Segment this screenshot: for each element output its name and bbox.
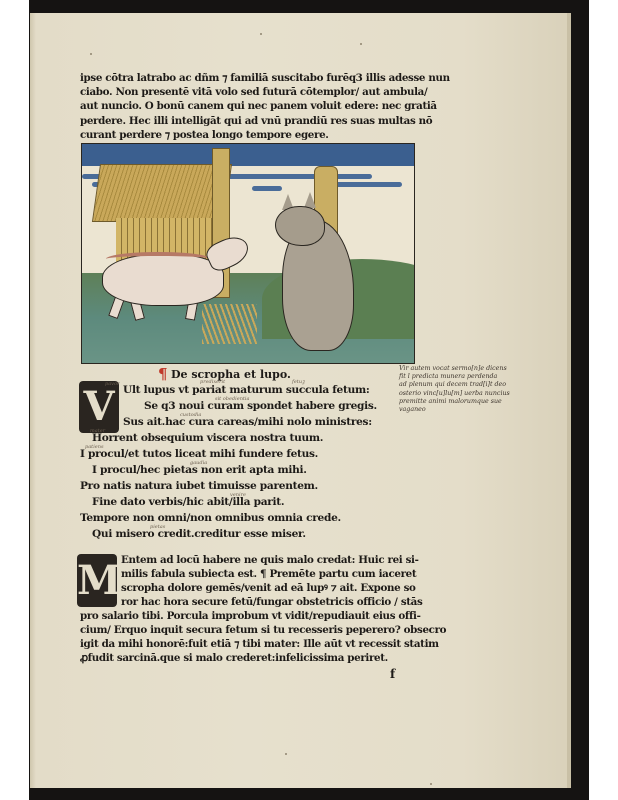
prose-line: pro salario tibi. Porcula improbum vt vi… — [80, 609, 421, 623]
prose-line: ror hac hora secure fetū/fungar obstetri… — [121, 595, 422, 609]
margin-note-line: vaganeo — [399, 406, 571, 414]
sow-bristles — [106, 252, 211, 266]
prose-line: ciabo. Non presentē vitā volo sed futurā… — [80, 85, 450, 99]
rubric-paragraph-mark: ¶ — [158, 365, 168, 383]
interlinear-gloss: sit obedientia — [215, 396, 250, 402]
interlinear-gloss: venire — [230, 492, 246, 498]
decorated-initial-m: M — [77, 554, 117, 607]
interlinear-gloss: predixerit — [200, 379, 225, 385]
prose-line: curant perdere ⁊ postea longo tempore eg… — [80, 128, 450, 142]
book-page: ipse cōtra latrabo ac dñm ⁊ familiā susc… — [30, 13, 571, 788]
interlinear-gloss: pietas — [150, 524, 165, 530]
signature-mark: f — [390, 667, 395, 681]
verse-line: Fine dato verbis/hic abit/illa parit. — [92, 495, 284, 510]
margin-note-line: ad plenum qui decem trad[i]t deo — [399, 381, 571, 389]
wolf-head — [275, 206, 325, 246]
top-prose-block: ipse cōtra latrabo ac dñm ⁊ familiā susc… — [80, 71, 450, 142]
cloud-streak — [332, 182, 402, 187]
paper-speck — [285, 753, 287, 755]
margin-note-line: osterio vinc[u]lu[m] uerba nuncius — [399, 390, 571, 398]
prose-line: igit da mihi honorē:fuit etiā ⁊ tibi mat… — [80, 637, 439, 651]
prose-line: ipse cōtra latrabo ac dñm ⁊ familiā susc… — [80, 71, 450, 85]
handwritten-margin-note: Vir autem vocat sermo[n]e dicens fit l p… — [399, 365, 571, 414]
prose-line: perdere. Hec illi intelligāt qui ad vnū … — [80, 114, 450, 128]
interlinear-gloss: custodia — [180, 412, 201, 418]
prose-line: ꝓfudit sarcinā.que si malo crederet:infe… — [80, 651, 388, 665]
cloud-streak — [222, 174, 372, 179]
paper-speck — [360, 43, 362, 45]
interlinear-gloss: fetuꝫ — [292, 379, 305, 385]
cloud-streak — [252, 186, 282, 191]
prose-line: scropha dolore gemēs/venit ad eā lupꝰ ⁊ … — [121, 581, 416, 595]
paper-speck — [90, 53, 92, 55]
prose-line: Entem ad locū habere ne quis malo credat… — [121, 553, 419, 567]
verse-line: Tempore non omni/non omnibus omnia crede… — [80, 511, 341, 526]
prose-line: aut nuncio. O bonū canem qui nec panem v… — [80, 99, 450, 113]
interlinear-gloss: mater — [90, 428, 105, 434]
verse-line: Pro natis natura iubet timuisse parentem… — [80, 479, 318, 494]
decorated-initial-v: V — [79, 381, 119, 433]
prose-line: cium/ Erquo inquit secura fetum si tu re… — [80, 623, 446, 637]
woodcut-illustration — [81, 143, 415, 364]
interlinear-gloss: pavor — [105, 381, 119, 387]
interlinear-gloss: gaudia — [190, 460, 207, 466]
verse-line: Se q3 noui curam spondet habere gregis. — [144, 399, 377, 414]
margin-note-line: Vir autem vocat sermo[n]e dicens — [399, 365, 571, 373]
margin-note-line: premitte animi malorumque sue — [399, 398, 571, 406]
paper-speck — [260, 33, 262, 35]
paper-speck — [430, 783, 432, 785]
verse-line: Sus ait.hac cura careas/mihi nolo minist… — [123, 415, 372, 430]
straw-bundle — [202, 304, 257, 344]
prose-line: milis fabula subiecta est. ¶ Premēte par… — [121, 567, 416, 581]
verse-line: Horrent obsequium viscera nostra tuum. — [92, 431, 323, 446]
fable-heading: De scropha et lupo. — [171, 368, 291, 381]
interlinear-gloss: patiens — [85, 444, 104, 450]
margin-note-line: fit l predicta munera perdenda — [399, 373, 571, 381]
verse-line: Qui misero credit.creditur esse miser. — [92, 527, 306, 542]
